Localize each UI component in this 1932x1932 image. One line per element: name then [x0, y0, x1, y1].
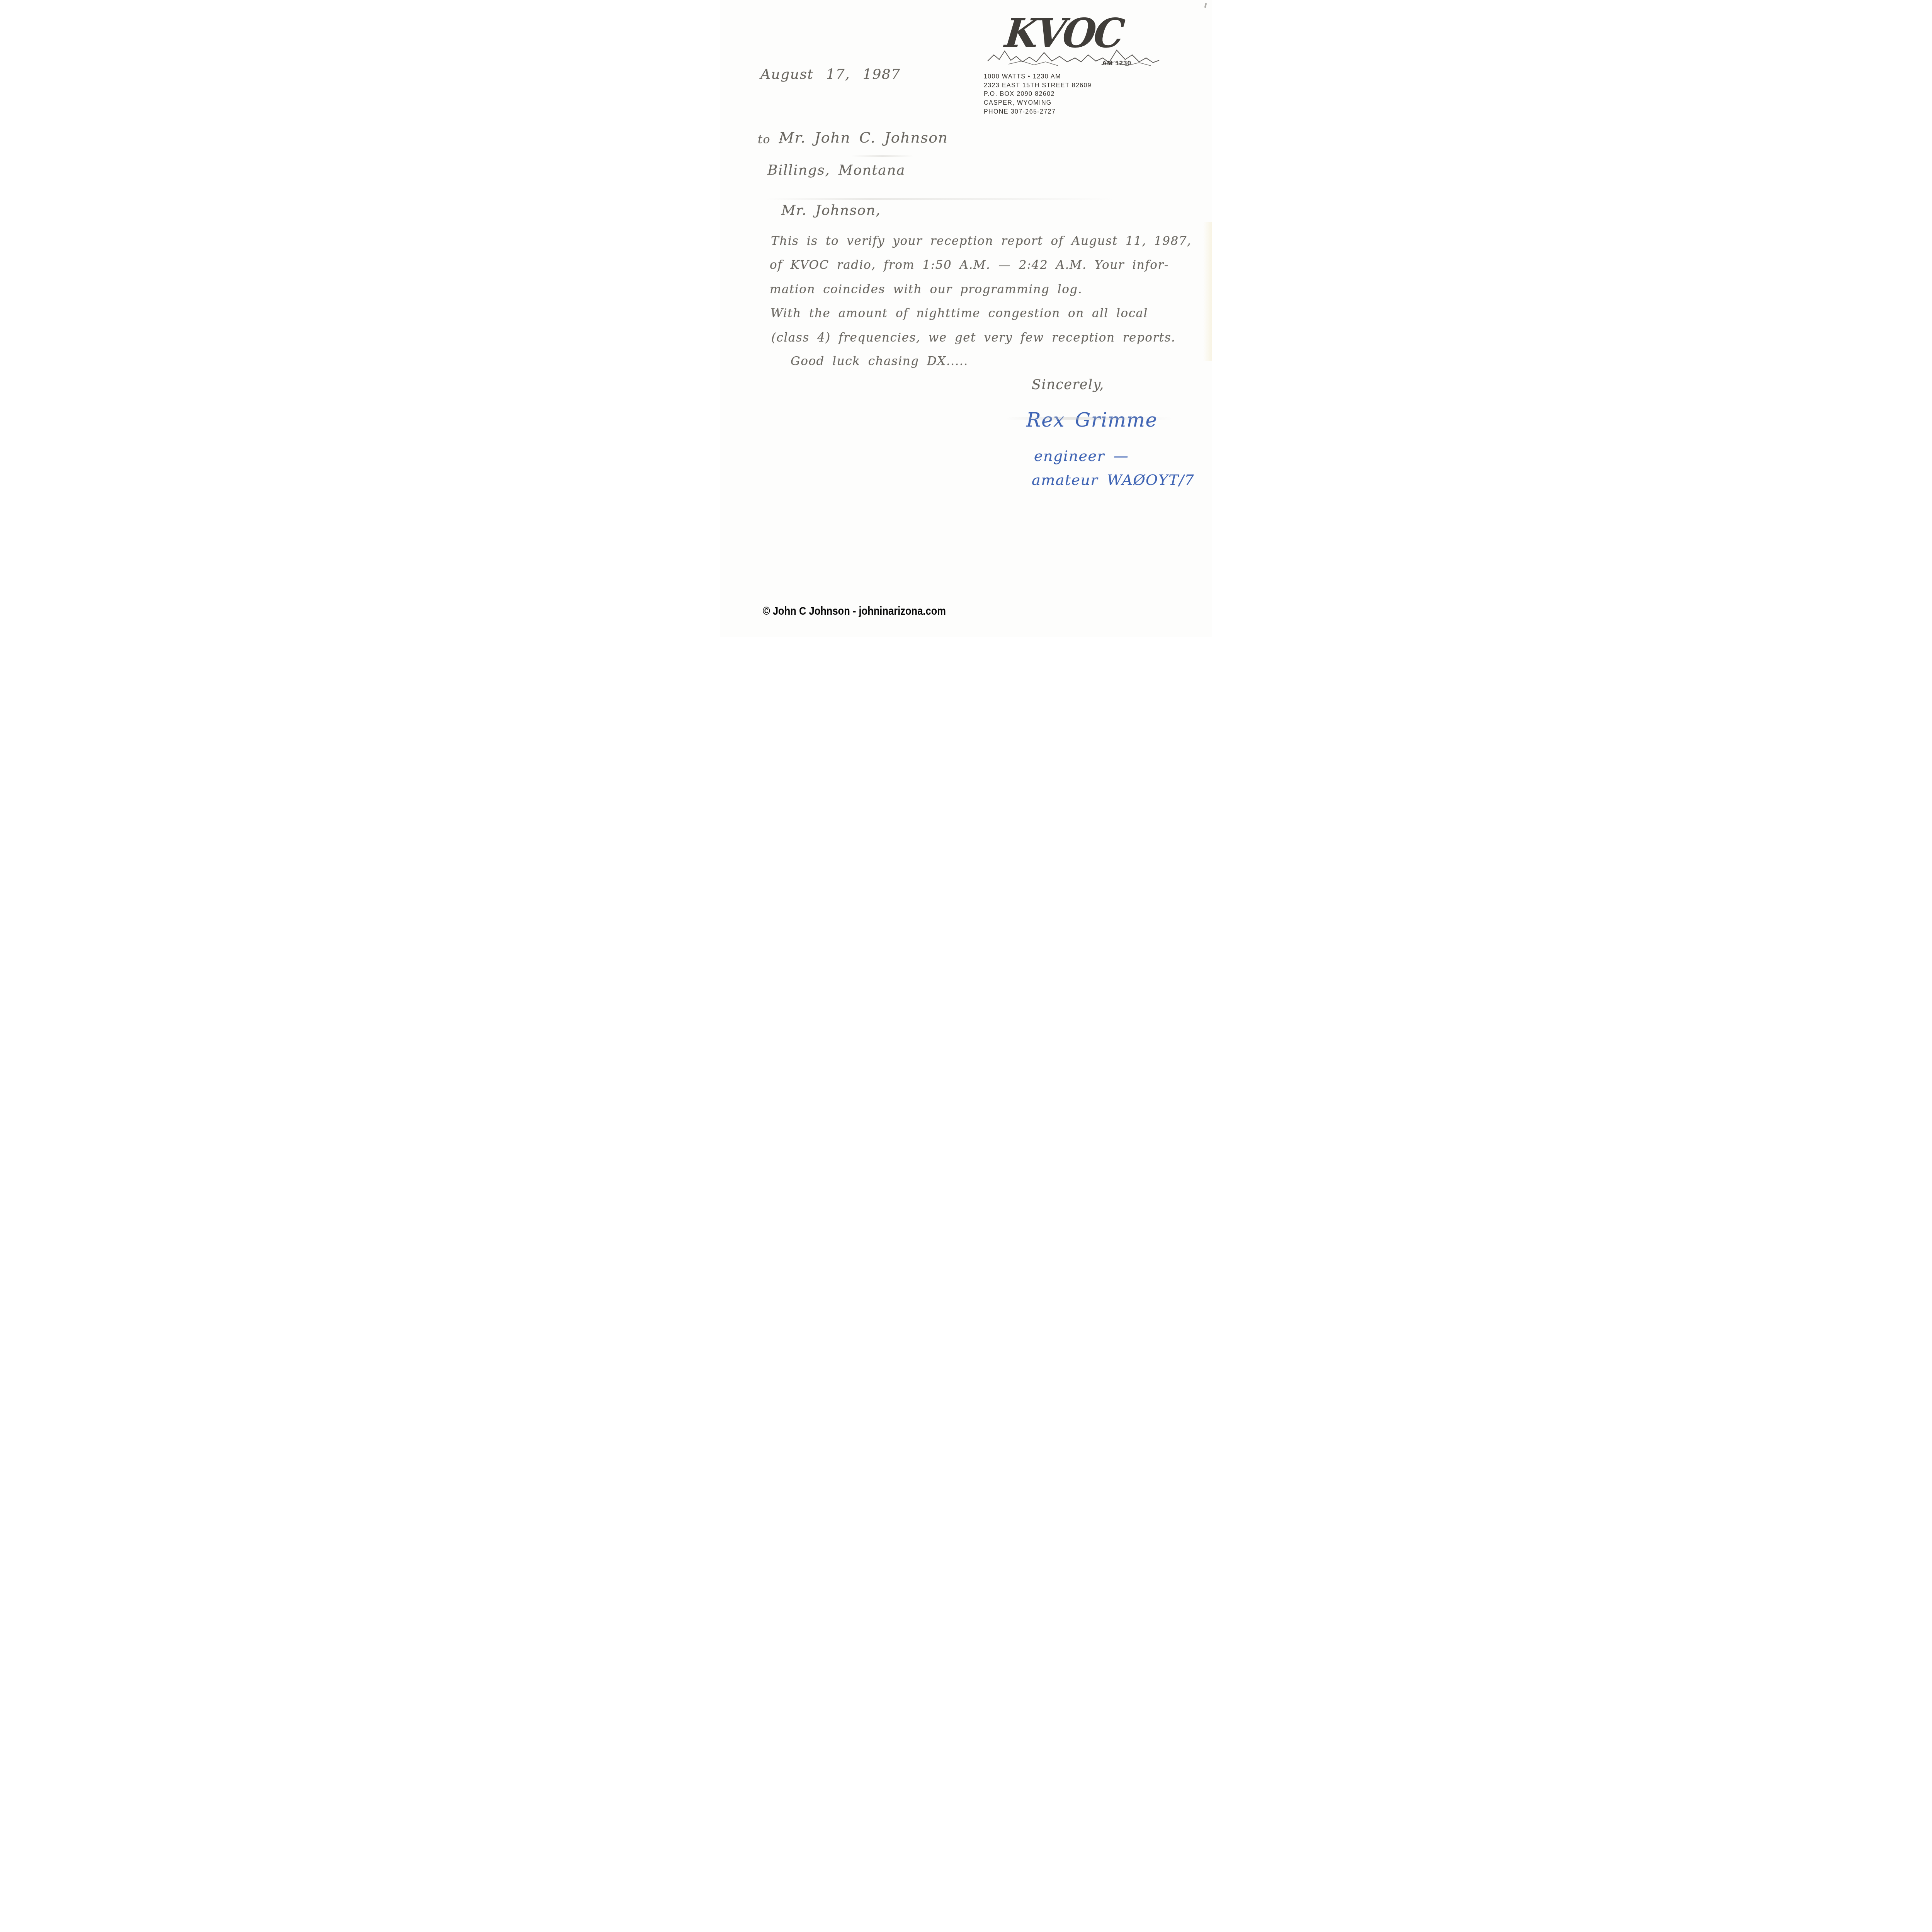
- address-line-street: 2323 EAST 15TH STREET 82609: [984, 82, 1092, 90]
- scanned-letter-page: KVOC AM 1230 1000 WATTS • 1230 AM 2323 E…: [720, 0, 1212, 637]
- body-line: Good luck chasing DX.....: [791, 354, 968, 368]
- closing-word: Sincerely,: [1032, 377, 1104, 393]
- logo-frequency-label: AM 1230: [1102, 60, 1131, 67]
- scan-streak-artifact: [852, 155, 913, 157]
- recipient-city: Billings, Montana: [767, 162, 905, 178]
- address-line-phone: PHONE 307-265-2727: [984, 108, 1092, 117]
- station-callsign-logo: KVOC: [1003, 13, 1124, 53]
- signature-callsign: amateur WAØOYT/7: [1032, 471, 1194, 488]
- scan-edge-discoloration: [1203, 222, 1212, 361]
- body-line: (class 4) frequencies, we get very few r…: [771, 331, 1175, 345]
- scan-streak-artifact: [767, 198, 1114, 200]
- body-line: mation coincides with our programming lo…: [770, 282, 1082, 296]
- handwritten-date: August 17, 1987: [760, 66, 901, 82]
- kvoc-logo: KVOC AM 1230: [987, 19, 1161, 69]
- address-line-power: 1000 WATTS • 1230 AM: [984, 73, 1092, 82]
- signature-title: engineer —: [1034, 447, 1129, 464]
- body-line: With the amount of nighttime congestion …: [770, 306, 1148, 320]
- salutation: Mr. Johnson,: [781, 202, 881, 218]
- signature-name: Rex Grimme: [1026, 409, 1158, 431]
- body-line: This is to verify your reception report …: [771, 234, 1191, 248]
- address-line-city: CASPER, WYOMING: [984, 99, 1092, 108]
- address-line-pobox: P.O. BOX 2090 82602: [984, 90, 1092, 99]
- scan-corner-mark: [1204, 3, 1207, 8]
- copyright-caption: © John C Johnson - johninarizona.com: [763, 605, 946, 618]
- recipient-name: Mr. John C. Johnson: [779, 129, 948, 146]
- station-address-block: 1000 WATTS • 1230 AM 2323 EAST 15TH STRE…: [984, 73, 1092, 117]
- body-line: of KVOC radio, from 1:50 A.M. — 2:42 A.M…: [770, 258, 1169, 272]
